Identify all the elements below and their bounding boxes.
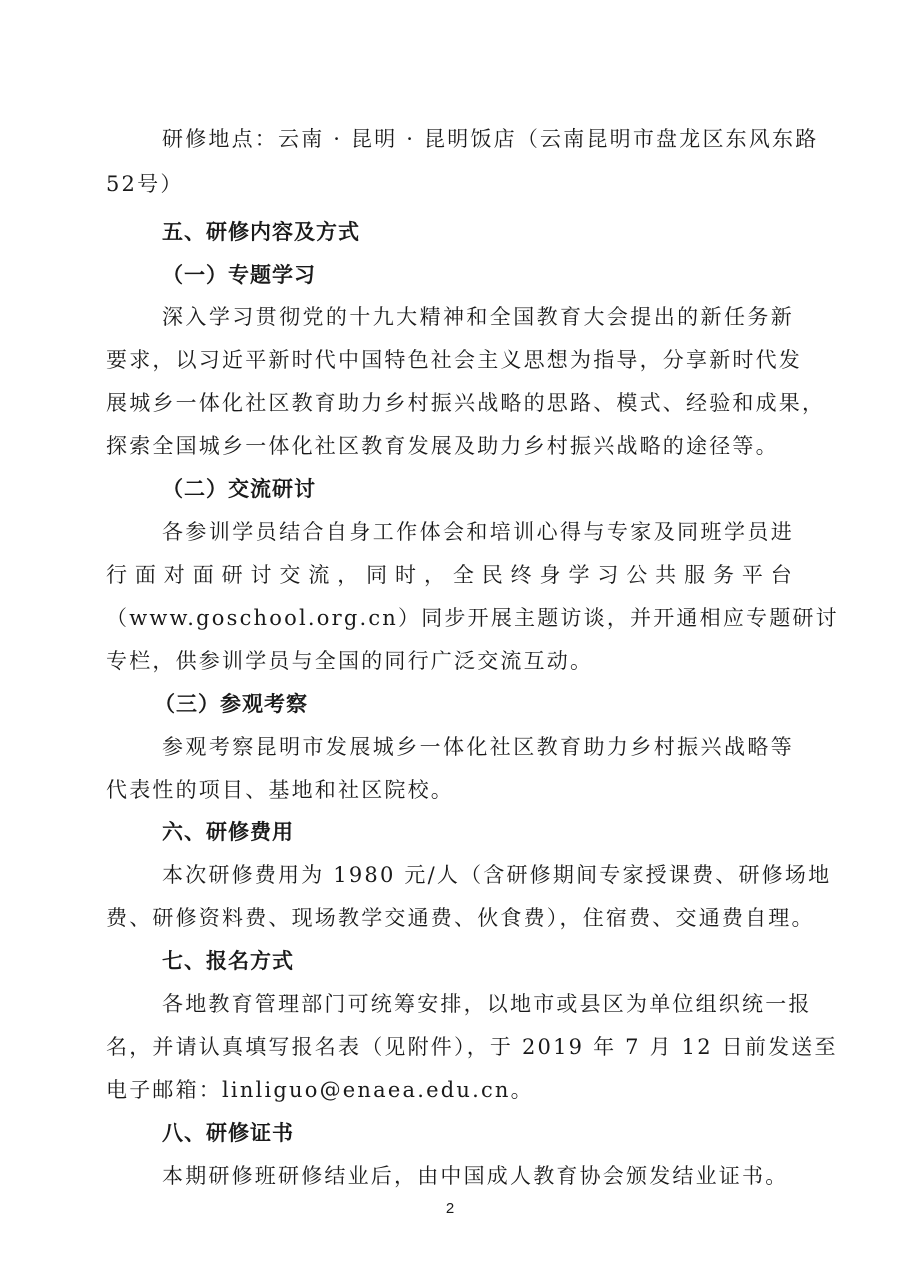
paragraph-line: 要求，以习近平新时代中国特色社会主义思想为指导，分享新时代发 bbox=[106, 346, 794, 374]
paragraph-line: 展城乡一体化社区教育助力乡村振兴战略的思路、模式、经验和成果， bbox=[106, 389, 794, 417]
paragraph-line: 深入学习贯彻党的十九大精神和全国教育大会提出的新任务新 bbox=[162, 303, 794, 331]
subsection-heading-3: （三）参观考察 bbox=[154, 690, 308, 718]
paragraph-line-with-url: （www.goschool.org.cn）同步开展主题访谈，并开通相应专题研讨 bbox=[106, 604, 794, 632]
email-line: 电子邮箱：linliguo@enaea.edu.cn。 bbox=[106, 1076, 534, 1104]
section-heading-8: 八、研修证书 bbox=[162, 1119, 294, 1147]
paragraph-line: 代表性的项目、基地和社区院校。 bbox=[106, 776, 454, 804]
location-line: 研修地点：云南 · 昆明 · 昆明饭店（云南昆明市盘龙区东风东路 bbox=[162, 125, 794, 153]
section-heading-5: 五、研修内容及方式 bbox=[162, 218, 360, 246]
section-heading-7: 七、报名方式 bbox=[162, 947, 294, 975]
paragraph-line: 参观考察昆明市发展城乡一体化社区教育助力乡村振兴战略等 bbox=[162, 733, 794, 761]
paragraph-line: 费、研修资料费、现场教学交通费、伙食费），住宿费、交通费自理。 bbox=[106, 904, 794, 932]
paragraph-line: 行面对面研讨交流，同时，全民终身学习公共服务平台 bbox=[106, 561, 794, 589]
location-line-cont: 52号） bbox=[106, 170, 184, 198]
paragraph-line: 本期研修班研修结业后，由中国成人教育协会颁发结业证书。 bbox=[162, 1162, 788, 1190]
subsection-heading-2: （二）交流研讨 bbox=[162, 475, 316, 503]
document-page: 研修地点：云南 · 昆明 · 昆明饭店（云南昆明市盘龙区东风东路 52号） 五、… bbox=[0, 0, 900, 1273]
paragraph-line: 探索全国城乡一体化社区教育发展及助力乡村振兴战略的途径等。 bbox=[106, 432, 779, 460]
paragraph-line: 本次研修费用为 1980 元/人（含研修期间专家授课费、研修场地 bbox=[162, 861, 794, 889]
section-heading-6: 六、研修费用 bbox=[162, 818, 294, 846]
subsection-heading-1: （一）专题学习 bbox=[162, 261, 316, 289]
page-number: 2 bbox=[0, 1200, 900, 1217]
paragraph-line: 专栏，供参训学员与全国的同行广泛交流互动。 bbox=[106, 647, 593, 675]
paragraph-line: 各地教育管理部门可统筹安排，以地市或县区为单位组织统一报 bbox=[162, 990, 794, 1018]
paragraph-line: 名，并请认真填写报名表（见附件），于 2019 年 7 月 12 日前发送至 bbox=[106, 1033, 794, 1061]
paragraph-line: 各参训学员结合自身工作体会和培训心得与专家及同班学员进 bbox=[162, 518, 794, 546]
